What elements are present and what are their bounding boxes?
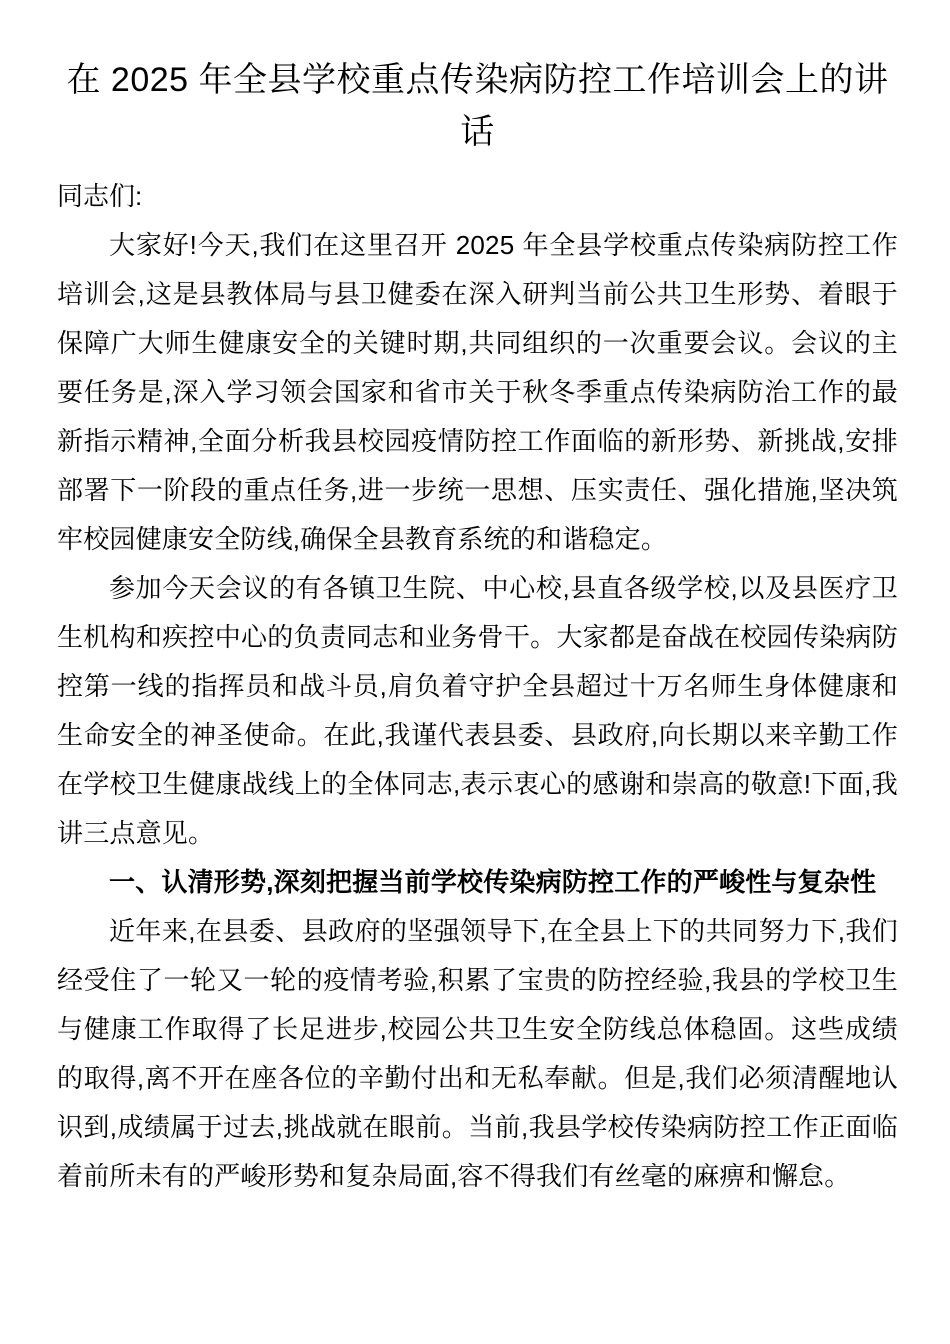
paragraph-opening: 大家好!今天,我们在这里召开 2025 年全县学校重点传染病防控工作培训会,这是…: [57, 221, 898, 564]
document-page: 在 2025 年全县学校重点传染病防控工作培训会上的讲话 同志们: 大家好!今天…: [0, 0, 950, 1344]
salutation: 同志们:: [57, 172, 898, 221]
section-heading-one: 一、认清形势,深刻把握当前学校传染病防控工作的严峻性与复杂性: [57, 858, 898, 907]
paragraph-attendees: 参加今天会议的有各镇卫生院、中心校,县直各级学校,以及县医疗卫生机构和疾控中心的…: [57, 564, 898, 858]
document-title: 在 2025 年全县学校重点传染病防控工作培训会上的讲话: [57, 54, 898, 158]
paragraph-situation: 近年来,在县委、县政府的坚强领导下,在全县上下的共同努力下,我们经受住了一轮又一…: [57, 907, 898, 1201]
